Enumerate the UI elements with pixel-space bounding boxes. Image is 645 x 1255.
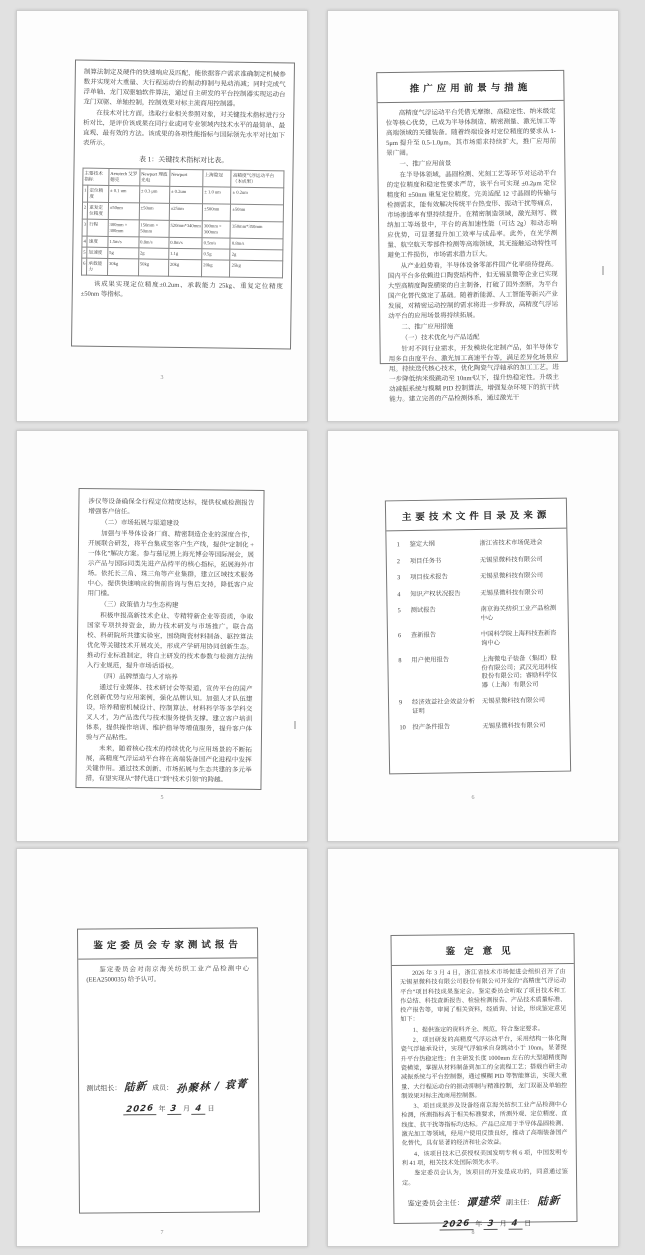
- doc-item-number: 3: [397, 574, 410, 583]
- table-cell: 加速度: [87, 247, 108, 258]
- document-grid: 制算法制定及硬件的快速响应及匹配，能依据客户需求准确制定机械参数并实现对大重量、…: [0, 0, 645, 1255]
- page-number: 5: [17, 795, 307, 801]
- doc-item-name: 项目技术报告: [410, 573, 480, 583]
- signature-line: 鉴定委员会主任：谭建荣 副主任：陆新 2026 年 3 月 4 日: [402, 1193, 568, 1231]
- page1-content-frame: 制算法制定及硬件的快速响应及匹配，能依据客户需求准确制定机械参数并实现对大重量、…: [71, 59, 295, 349]
- doc-item-name: 投产条件报告: [412, 723, 482, 733]
- table-cell: ±50nm: [231, 204, 284, 222]
- doc-list-item: 2项目任务书无锡星微科技有限公司: [397, 555, 559, 566]
- paragraph: 在技术对比方面，选取行业相关参照对象，对关键技术指标进行分析对比，是评价该成果在…: [83, 109, 286, 152]
- table-cell: ±500nm: [202, 204, 231, 221]
- paragraph: 3、项目成果涉及设备经南京海关纺织工业产品检测中心检测，所测指标高于相关标准要求…: [401, 1101, 567, 1149]
- date-line: 2026 年 3 月 4 日: [402, 1218, 568, 1231]
- table-cell: ± 0.1 um: [108, 185, 139, 202]
- table-row: 6承载能力30kg50kg20kg20kg25kg: [82, 258, 283, 278]
- doc-item-source: 无锡星微科技有限公司: [480, 572, 559, 582]
- month-unit: 月: [183, 1105, 190, 1113]
- paragraph: 通过行业媒体、技术研讨会等渠道，宣传平台的国产化创新优势与应用案例，强化品牌认知…: [86, 683, 253, 745]
- table-cell: 1.5m/s: [108, 236, 139, 247]
- table-header-cell: Newport 理波光电: [139, 169, 169, 186]
- paragraph: 未来，随着核心技术的持续优化与应用场景的不断拓展，高精度气浮运动平台将在高端装备…: [85, 744, 251, 786]
- doc-item-source: 南京海关纺织工业产品检测中心: [481, 605, 560, 623]
- day-value: 4: [195, 1104, 203, 1114]
- table-cell: 150mm × 50mm: [139, 220, 169, 237]
- section-heading: （三）政策借力与生态构建: [87, 600, 253, 612]
- doc-item-source: 无锡星微科技有限公司: [482, 697, 561, 715]
- month-unit: 月: [500, 1220, 507, 1228]
- year-unit: 年: [158, 1105, 165, 1113]
- doc-item-name: 经济效益社会效益分析证明: [412, 698, 482, 716]
- year-value: 2026: [442, 1218, 470, 1230]
- paragraph: 2026 年 3 月 4 日，浙江省技术市场促进会组织召开了由无锡星微科技有限公…: [400, 968, 567, 1026]
- doc-item-source: 浙江省技术市场促进会: [479, 539, 558, 549]
- doc-list: 1鉴定大纲浙江省技术市场促进会2项目任务书无锡星微科技有限公司3项目技术报告无锡…: [386, 529, 569, 745]
- table-cell: 行程: [87, 219, 108, 236]
- table-cell: ±50nm: [139, 203, 169, 220]
- doc-item-source: 无锡星微科技有限公司: [480, 588, 559, 598]
- doc-item-number: 10: [399, 724, 412, 733]
- table-caption: 表 1：关键技术指标对比表。: [83, 154, 285, 167]
- table-cell: 50kg: [138, 259, 168, 276]
- table-cell: 20kg: [202, 260, 231, 277]
- doc-item-number: 8: [398, 657, 412, 691]
- year-value: 2026: [126, 1103, 154, 1115]
- page5-content-frame: 鉴定委员会专家测试报告 鉴定委员会对南京海关纺织工业产品检测中心 (EEA250…: [77, 927, 260, 1213]
- table-cell: 520mm*340mm: [169, 220, 203, 237]
- doc-item-number: 9: [399, 699, 412, 716]
- doc-item-number: 4: [397, 591, 410, 600]
- vice-signature: 陆新: [537, 1192, 560, 1209]
- table-cell: 350mm*350mm: [230, 221, 283, 239]
- table-cell: 0.8m/s: [139, 237, 169, 248]
- table-cell: ± 0.3 μm: [139, 186, 169, 203]
- doc-item-number: 6: [398, 632, 411, 649]
- table-cell: 300mm × 300mm: [202, 221, 231, 238]
- section-heading: （四）品牌塑造与人才培养: [87, 672, 253, 684]
- paragraph: 4、该项目技术已获授权美国发明专利 6 项，中国发明专利 41 项，相关技术处国…: [402, 1149, 568, 1169]
- page5-title: 鉴定委员会专家测试报告: [78, 928, 257, 959]
- page4-content-frame: 主要技术文件目录及来源 1鉴定大纲浙江省技术市场促进会2项目任务书无锡星微科技有…: [385, 498, 571, 775]
- scan-artifact: [294, 721, 296, 729]
- member-label: 成员：: [152, 1084, 173, 1092]
- doc-list-item: 4知识产权状况报告无锡星微科技有限公司: [397, 588, 559, 599]
- signature-line: 测试组长：陆新 成员：孙聚林 / 袁菁 2026 年 3 月 4 日: [79, 1078, 258, 1115]
- page-number: 8: [328, 1230, 618, 1236]
- doc-list-item: 1鉴定大纲浙江省技术市场促进会: [397, 539, 559, 550]
- doc-list-item: 9经济效益社会效益分析证明无锡星微科技有限公司: [399, 697, 561, 717]
- section-heading: （一）技术优化与产品适配: [388, 332, 558, 344]
- table-cell: 0.8m/s: [230, 238, 283, 250]
- paragraph: 鉴定委员会对南京海关纺织工业产品检测中心 (EEA2500035) 给予认可。: [86, 964, 249, 985]
- date-line: 2026 年 3 月 4 日: [79, 1103, 258, 1115]
- table-cell: 0.5g: [202, 249, 230, 260]
- table-cell: 0.5m/s: [202, 238, 230, 249]
- table-cell: 定位精度: [88, 185, 109, 202]
- table-cell: ±25nm: [169, 203, 203, 220]
- paragraph: 在半导体领域，晶圆检测、光刻工艺等环节对运动平台的定位精度和稳定性要求严苛，该平…: [386, 169, 557, 261]
- doc-item-number: 5: [398, 607, 411, 624]
- page6-content-frame: 鉴定意见 2026 年 3 月 4 日，浙江省技术市场促进会组织召开了由无锡星微…: [390, 933, 577, 1224]
- table-cell: 20kg: [168, 259, 202, 276]
- table-header-cell: 上海隐冠: [203, 170, 232, 187]
- doc-item-name: 鉴定大纲: [410, 540, 480, 550]
- paragraph: 鉴定委员会认为，该项目的开发是成功的，同意通过鉴定。: [402, 1168, 568, 1188]
- table-header-cell: Aerotech 艾罗德克: [109, 168, 140, 185]
- document-page-4[interactable]: 主要技术文件目录及来源 1鉴定大纲浙江省技术市场促进会2项目任务书无锡星微科技有…: [327, 430, 619, 842]
- doc-item-source: 中国科学院上海科技查新咨询中心: [481, 630, 560, 648]
- page-number: 4: [328, 375, 618, 381]
- table-cell: 300mm × 300mm: [108, 219, 139, 236]
- table-cell: 重复定位精度: [88, 202, 109, 219]
- table-cell: 0.8m/s: [169, 237, 203, 248]
- year-unit: 年: [475, 1220, 482, 1228]
- section-heading: 二、推广应用措施: [388, 321, 558, 333]
- paragraph: 针对不同行业需求，开发模块化定制产品，如半导体专用多自由度平台、激光加工高速平台…: [389, 343, 560, 405]
- doc-item-name: 用户使用报告: [411, 656, 482, 691]
- paragraph: 2、项目研发的高精度气浮运动平台，采用结构一体化陶瓷气浮轴承设计，实现气浮轴承自…: [401, 1035, 568, 1102]
- table-cell: 5g: [108, 247, 139, 258]
- table-cell: 速度: [87, 236, 108, 247]
- document-page-2[interactable]: 推广应用前景与措施 高精度气浮运动平台凭借无摩擦、高稳定性、纳米级定位等核心优势…: [327, 10, 619, 422]
- paragraph: 积极申报高新技术企业、专精特新企业等资质，争取国家专项扶持资金，助力技术研发与市…: [87, 611, 254, 673]
- table-cell: ± 0.2um: [169, 186, 203, 203]
- doc-item-name: 测试报告: [411, 606, 481, 624]
- table-cell: 1.1g: [169, 248, 203, 259]
- chair-label: 鉴定委员会主任：: [408, 1199, 464, 1208]
- doc-list-item: 6查新报告中国科学院上海科技查新咨询中心: [398, 630, 560, 650]
- member-signature: 孙聚林 / 袁菁: [176, 1076, 248, 1097]
- table-header-cell: 高精度气浮运动平台（本成果）: [231, 170, 284, 188]
- paragraph: 高精度气浮运动平台凭借无摩擦、高稳定性、纳米级定位等核心优势，已成为半导体制造、…: [386, 107, 557, 159]
- paragraph: 加强与半导体设备厂商、精密制造企业的深度合作，开展联合研发，将平台集成至客户生产…: [87, 529, 254, 601]
- page2-title: 推广应用前景与措施: [377, 71, 563, 103]
- month-value: 3: [487, 1219, 495, 1230]
- page3-content-frame: 涉仪等设备确保全行程定位精度达标，提供权威检测报告增强客户信任。 （二）市场拓展…: [75, 488, 264, 790]
- vice-label: 副主任：: [506, 1198, 534, 1206]
- paragraph: 从产业趋势看，半导体设备零部件国产化率亟待提高。国内平台多依赖进口陶瓷结构件，但…: [388, 260, 559, 322]
- document-page-3[interactable]: 涉仪等设备确保全行程定位精度达标，提供权威检测报告增强客户信任。 （二）市场拓展…: [16, 430, 308, 842]
- doc-list-item: 3项目技术报告无锡星微科技有限公司: [397, 572, 559, 583]
- doc-item-number: 1: [397, 541, 410, 550]
- day-unit: 日: [207, 1105, 214, 1113]
- leader-signature: 陆新: [124, 1078, 147, 1095]
- day-unit: 日: [524, 1219, 531, 1227]
- document-page-1[interactable]: 制算法制定及硬件的快速响应及匹配，能依据客户需求准确制定机械参数并实现对大重量、…: [16, 10, 308, 422]
- doc-list-item: 8用户使用报告上海微电子装备（集团）股份有限公司；武汉光迅科技股份有限公司；睿励…: [398, 655, 561, 692]
- doc-item-name: 知识产权状况报告: [410, 589, 480, 599]
- page-number: 6: [328, 795, 618, 801]
- table-header-cell: Newport: [170, 169, 204, 186]
- paragraph: 涉仪等设备确保全行程定位精度达标，提供权威检测报告增强客户信任。: [88, 497, 254, 519]
- doc-item-source: 上海微电子装备（集团）股份有限公司；武汉光迅科技股份有限公司；睿励科学仪器（上海…: [481, 655, 561, 690]
- section-heading: （二）市场拓展与渠道建设: [88, 518, 254, 530]
- table-cell: 30kg: [107, 258, 138, 275]
- leader-label: 测试组长：: [86, 1084, 121, 1092]
- doc-item-source: 无锡星微科技有限公司: [482, 722, 561, 732]
- scan-artifact: [602, 266, 604, 275]
- page2-content-frame: 推广应用前景与措施 高精度气浮运动平台凭借无摩擦、高稳定性、纳米级定位等核心优势…: [376, 70, 568, 364]
- table-cell: ±50nm: [108, 202, 139, 219]
- section-heading: 一、推广应用前景: [386, 158, 556, 170]
- document-page-6[interactable]: 鉴定意见 2026 年 3 月 4 日，浙江省技术市场促进会组织召开了由无锡星微…: [327, 848, 619, 1247]
- paragraph: 制算法制定及硬件的快速响应及匹配，能依据客户需求准确制定机械参数并实现对大重量、…: [83, 68, 286, 111]
- doc-item-name: 查新报告: [411, 631, 481, 649]
- page-number: 7: [17, 1230, 307, 1236]
- doc-item-name: 项目任务书: [410, 556, 480, 566]
- page6-title: 鉴定意见: [392, 934, 574, 966]
- doc-item-number: 2: [397, 558, 410, 567]
- chair-signature: 谭建荣: [467, 1192, 502, 1210]
- table-cell: ± 1.0 um: [203, 187, 232, 204]
- doc-item-source: 无锡星微科技有限公司: [480, 555, 559, 565]
- comparison-table: 主要技术指标Aerotech 艾罗德克Newport 理波光电Newport上海…: [81, 168, 284, 279]
- day-value: 4: [512, 1218, 520, 1229]
- paragraph: 该成果实现定位精度±0.2um、承载能力 25kg、重复定位精度 ±50nm 等…: [81, 280, 283, 303]
- month-value: 3: [170, 1104, 178, 1114]
- table-cell: 承载能力: [87, 258, 108, 275]
- table-cell: 2g: [230, 249, 283, 261]
- table-cell: 25kg: [230, 260, 283, 278]
- table-header-cell: 主要技术指标: [83, 168, 109, 185]
- page-number: 3: [17, 375, 307, 381]
- table-cell: 2g: [138, 248, 168, 259]
- page4-title: 主要技术文件目录及来源: [386, 499, 566, 532]
- doc-list-item: 5测试报告南京海关纺织工业产品检测中心: [398, 605, 560, 625]
- paragraph: 1、提供鉴定的资料齐全、规范，符合鉴定要求。: [400, 1025, 566, 1036]
- table-cell: ± 0.2um: [231, 187, 284, 205]
- doc-list-item: 10投产条件报告无锡星微科技有限公司: [399, 722, 561, 733]
- document-page-5[interactable]: 鉴定委员会专家测试报告 鉴定委员会对南京海关纺织工业产品检测中心 (EEA250…: [16, 848, 308, 1247]
